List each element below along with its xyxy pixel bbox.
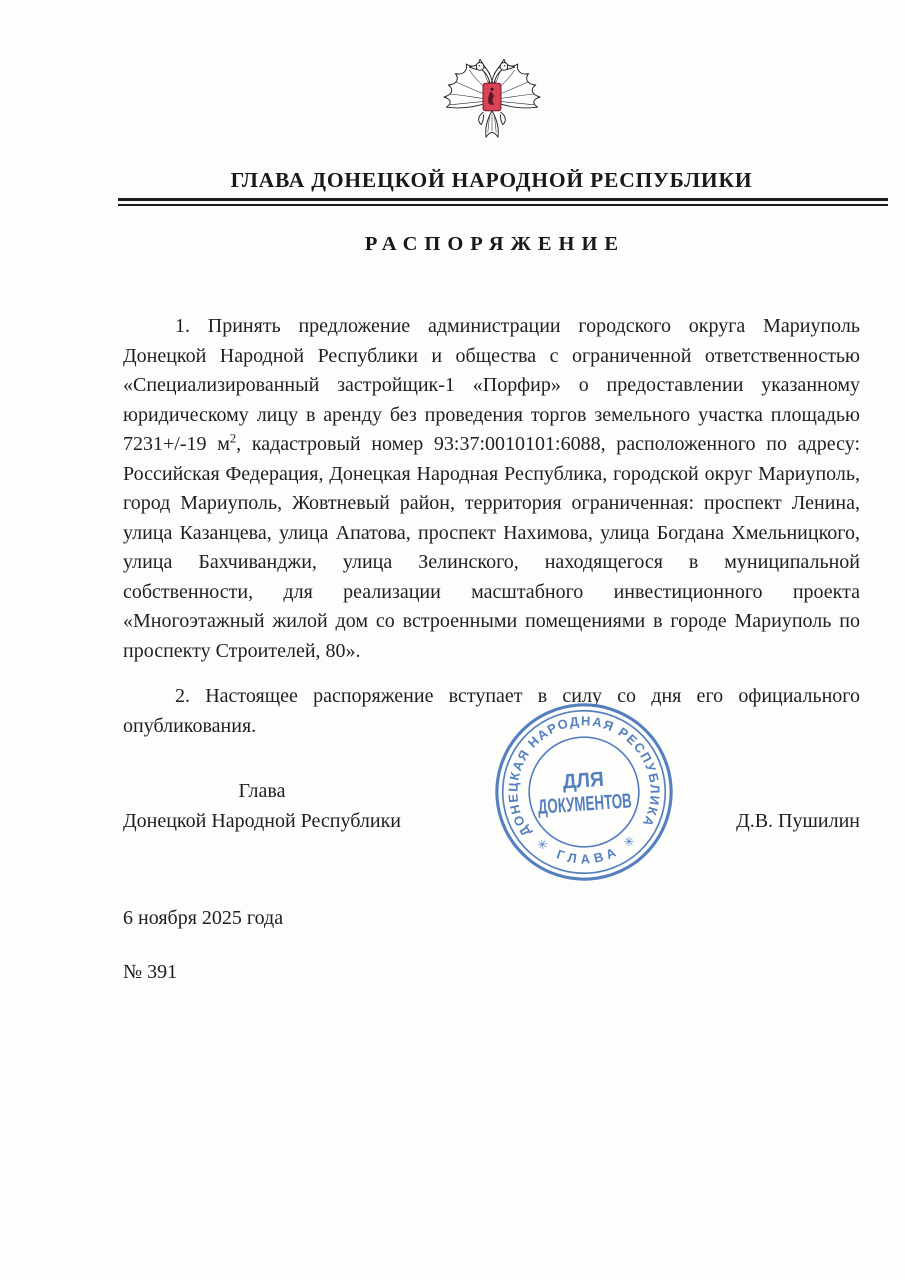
document-page: ГЛАВА ДОНЕЦКОЙ НАРОДНОЙ РЕСПУБЛИКИ РАСПО… <box>0 0 905 1280</box>
signature-position: Глава Донецкой Народной Республики <box>123 777 401 836</box>
paragraph-2: 2. Настоящее распоряжение вступает в сил… <box>123 682 860 741</box>
doc-type-title: РАСПОРЯЖЕНИЕ <box>123 232 860 257</box>
header-divider <box>118 198 888 206</box>
signature-block: Глава Донецкой Народной Республики Д.В. … <box>123 777 860 836</box>
paragraph-1-text-b: , кадастровый номер 93:37:0010101:6088, … <box>123 433 860 662</box>
signature-position-line2: Донецкой Народной Республики <box>123 807 401 837</box>
document-content: ГЛАВА ДОНЕЦКОЙ НАРОДНОЙ РЕСПУБЛИКИ РАСПО… <box>0 52 905 987</box>
paragraph-1: 1. Принять предложение администрации гор… <box>123 312 860 666</box>
page-title: ГЛАВА ДОНЕЦКОЙ НАРОДНОЙ РЕСПУБЛИКИ <box>123 167 860 193</box>
signature-name: Д.В. Пушилин <box>736 807 860 837</box>
coat-of-arms-icon <box>432 52 552 154</box>
document-number: № 391 <box>123 958 860 988</box>
date-line: 6 ноября 2025 года <box>123 904 860 934</box>
signature-position-line1: Глава <box>123 777 401 807</box>
